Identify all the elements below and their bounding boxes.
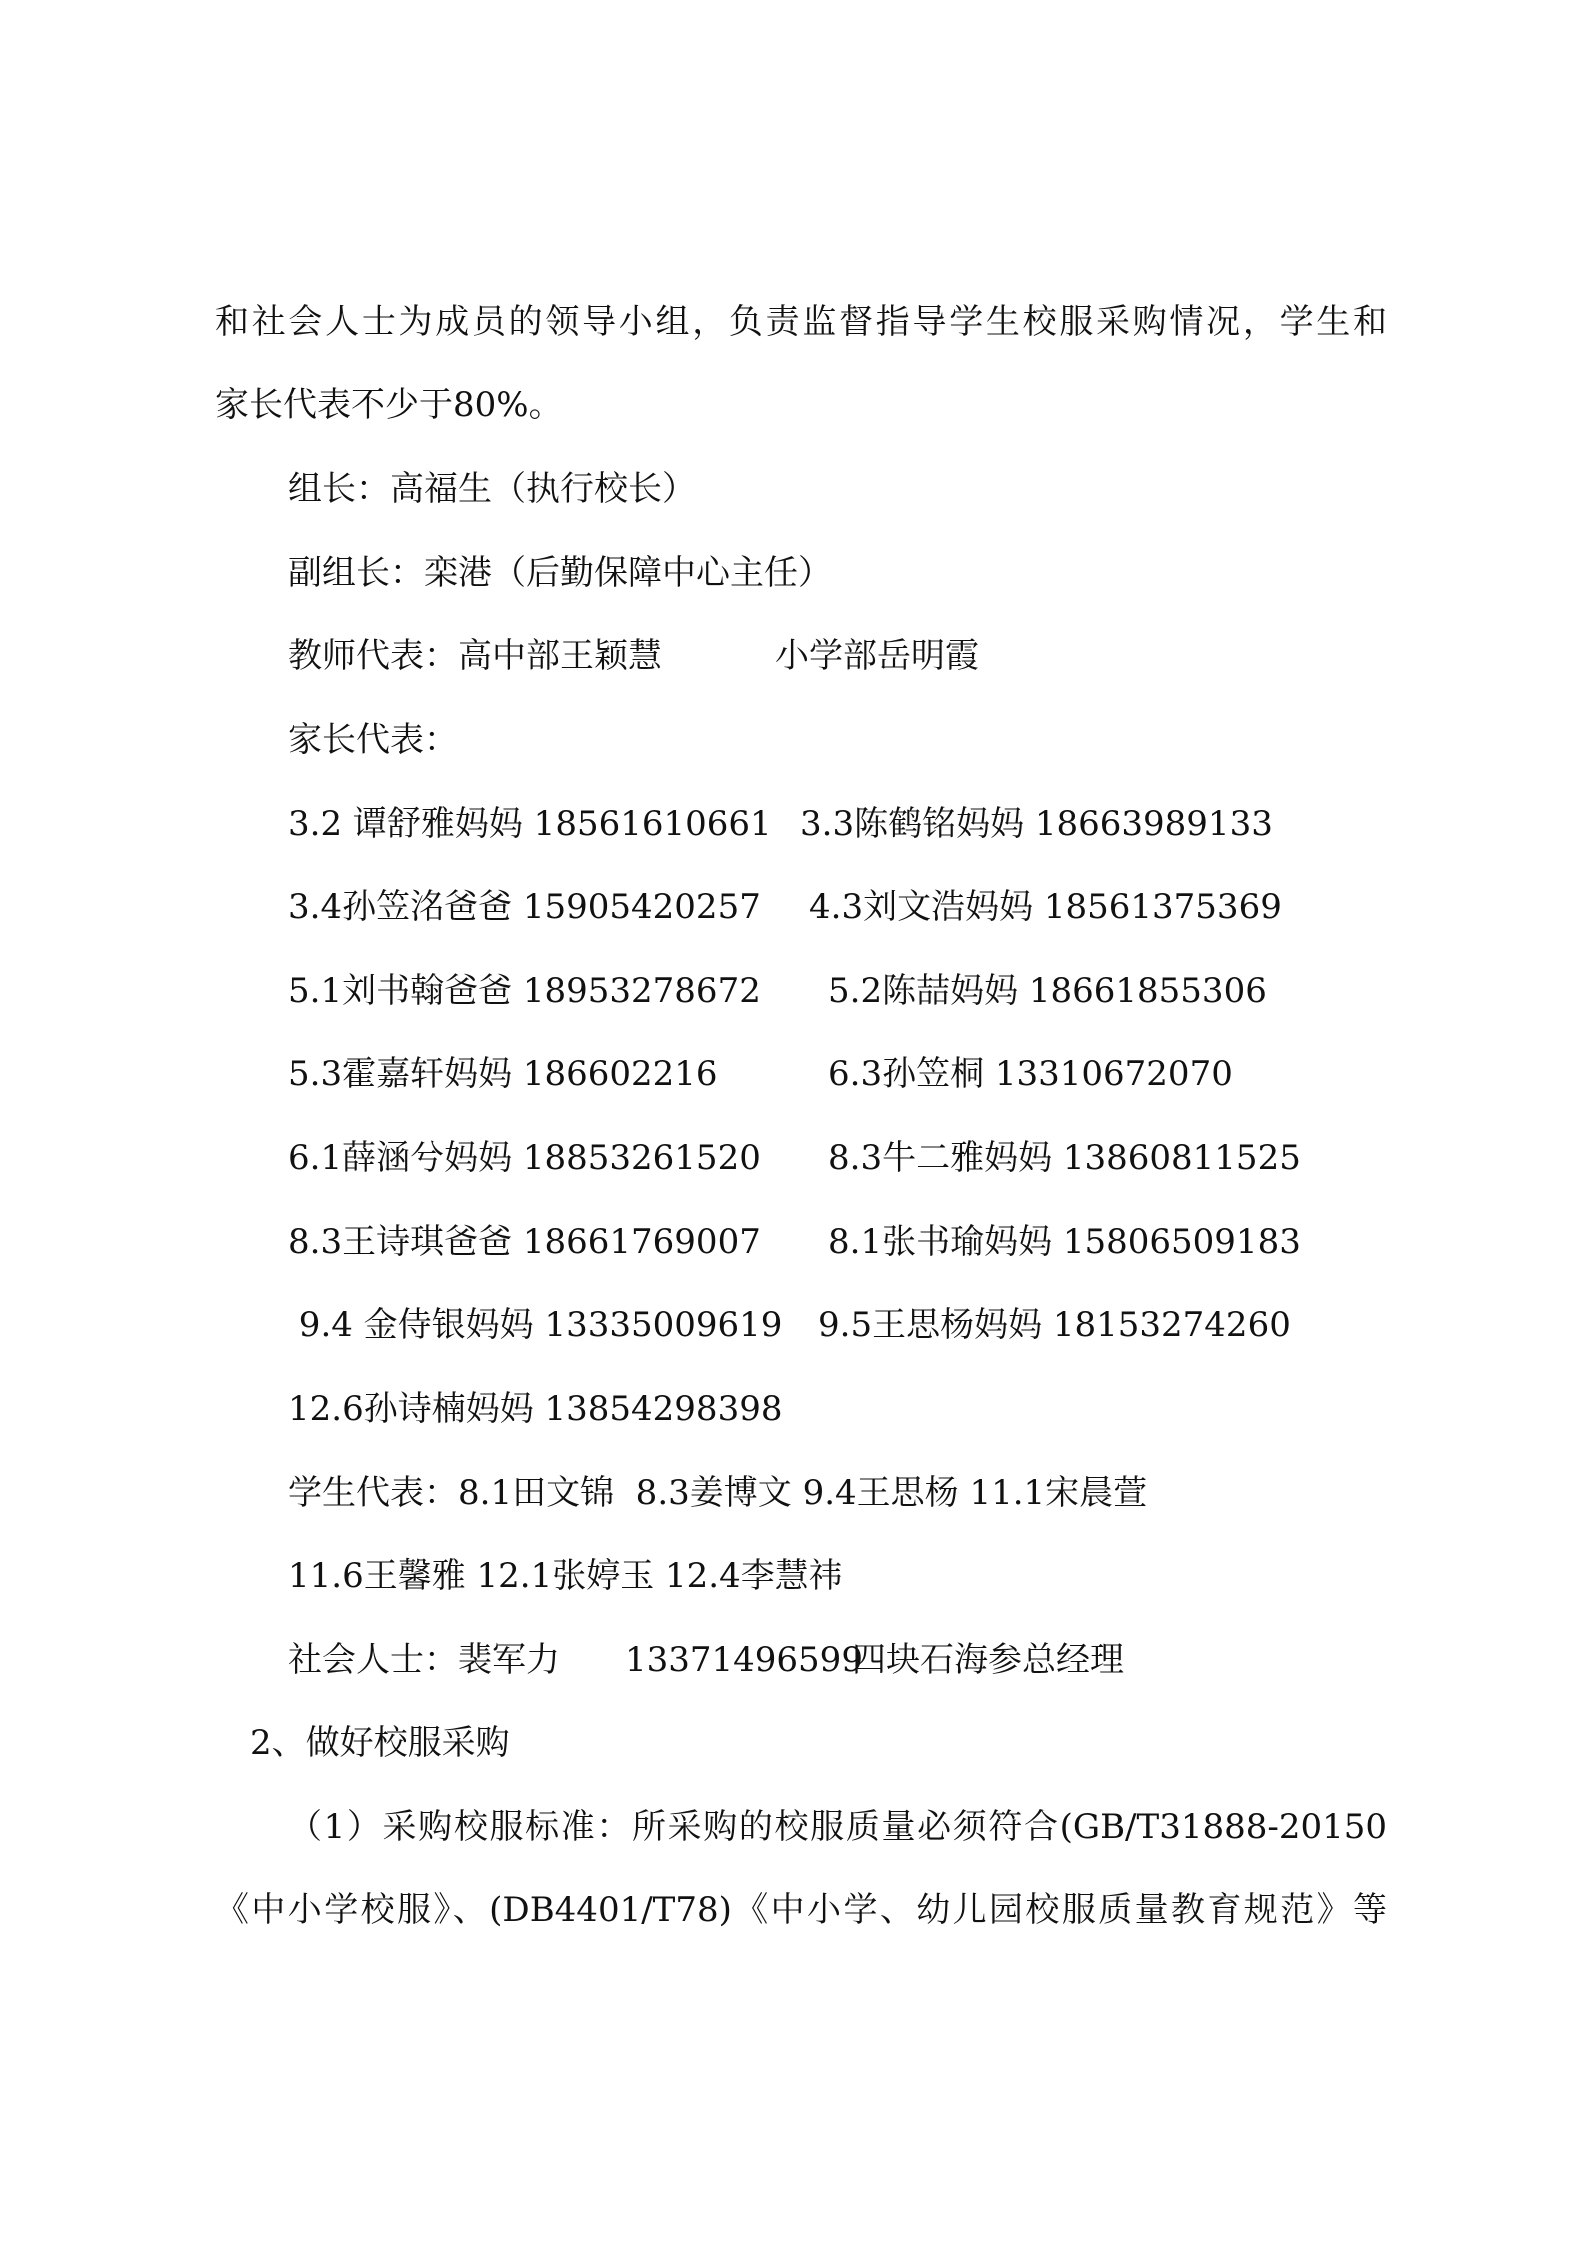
parent-rep-entry: 6.3孙笠桐 13310672070 bbox=[828, 1054, 1233, 1094]
community-rep-name: 社会人士：裴军力 bbox=[288, 1640, 560, 1680]
parent-rep-entry: 9.4 金侍银妈妈 13335009619 bbox=[288, 1305, 782, 1345]
procurement-standard-line-2: 《中小学校服》、(DB4401/T78)《中小学、幼儿园校服质量教育规范》等 bbox=[215, 1890, 1387, 1930]
parent-rep-entry: 3.4孙笠洺爸爸 15905420257 bbox=[288, 887, 761, 927]
deputy-group-leader: 副组长：栾港（后勤保障中心主任） bbox=[288, 553, 832, 593]
parent-reps-label: 家长代表： bbox=[288, 720, 458, 760]
parent-rep-entry: 3.3陈鹤铭妈妈 18663989133 bbox=[800, 804, 1273, 844]
parent-rep-entry: 4.3刘文浩妈妈 18561375369 bbox=[809, 887, 1282, 927]
document-page: 和社会人士为成员的领导小组，负责监督指导学生校服采购情况，学生和 家长代表不少于… bbox=[0, 0, 1587, 2245]
parent-rep-entry: 9.5王思杨妈妈 18153274260 bbox=[818, 1305, 1291, 1345]
intro-paragraph-line-2: 家长代表不少于80%。 bbox=[215, 385, 563, 425]
section-heading: 2、做好校服采购 bbox=[250, 1723, 510, 1763]
parent-rep-entry: 6.1薛涵兮妈妈 18853261520 bbox=[288, 1138, 761, 1178]
procurement-standard-line-1: （1）采购校服标准：所采购的校服质量必须符合(GB/T31888-20150 bbox=[288, 1807, 1387, 1847]
community-rep-phone: 13371496599 bbox=[625, 1640, 863, 1680]
community-rep-title: 四块石海参总经理 bbox=[852, 1640, 1124, 1680]
parent-rep-entry: 3.2 谭舒雅妈妈 18561610661 bbox=[288, 804, 772, 844]
teacher-rep-primary: 小学部岳明霞 bbox=[775, 636, 979, 676]
parent-rep-entry: 8.3王诗琪爸爸 18661769007 bbox=[288, 1222, 761, 1262]
group-leader: 组长：高福生（执行校长） bbox=[288, 469, 696, 509]
parent-rep-entry: 12.6孙诗楠妈妈 13854298398 bbox=[288, 1389, 782, 1429]
student-reps-line-1: 学生代表：8.1田文锦 8.3姜博文 9.4王思杨 11.1宋晨萱 bbox=[288, 1473, 1147, 1513]
teacher-reps-label: 教师代表：高中部王颖慧 bbox=[288, 636, 662, 676]
parent-rep-entry: 5.1刘书翰爸爸 18953278672 bbox=[288, 971, 761, 1011]
student-reps-line-2: 11.6王馨雅 12.1张婷玉 12.4李慧祎 bbox=[288, 1556, 843, 1596]
parent-rep-entry: 5.3霍嘉轩妈妈 186602216 bbox=[288, 1054, 718, 1094]
parent-rep-entry: 5.2陈喆妈妈 18661855306 bbox=[828, 971, 1267, 1011]
parent-rep-entry: 8.3牛二雅妈妈 13860811525 bbox=[828, 1138, 1301, 1178]
intro-paragraph-line-1: 和社会人士为成员的领导小组，负责监督指导学生校服采购情况，学生和 bbox=[215, 302, 1387, 342]
parent-rep-entry: 8.1张书瑜妈妈 15806509183 bbox=[828, 1222, 1301, 1262]
